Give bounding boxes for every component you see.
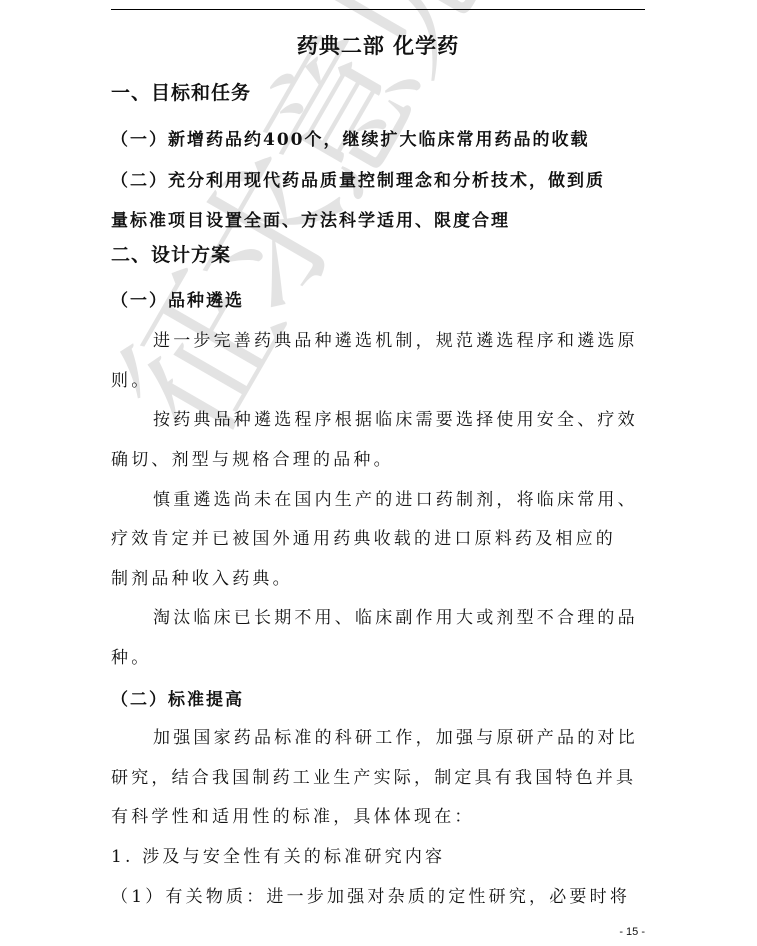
- paragraph-line: 疗效肯定并已被国外通用药典收载的进口原料药及相应的: [111, 524, 645, 549]
- paragraph-line: 有科学性和适用性的标准，具体体现在：: [111, 802, 645, 827]
- watermark: 征求意见稿: [60, 0, 597, 468]
- page-title: 药典二部 化学药: [111, 30, 645, 60]
- paragraph-line: 淘汰临床已长期不用、临床副作用大或剂型不合理的品: [111, 603, 687, 628]
- paragraph-line: 研究，结合我国制药工业生产实际，制定具有我国特色并具: [111, 763, 645, 788]
- subheading-selection: （一）品种遴选: [111, 286, 244, 311]
- goal-item-1: （一）新增药品约400个，继续扩大临床常用药品的收载: [111, 125, 590, 150]
- paragraph-line: 制剂品种收入药典。: [111, 564, 645, 589]
- goal-item-2-line2: 量标准项目设置全面、方法科学适用、限度合理: [111, 206, 510, 231]
- goal-item-2-line1: （二）充分利用现代药品质量控制理念和分析技术，做到质: [111, 166, 605, 191]
- paragraph-line: 加强国家药品标准的科研工作，加强与原研产品的对比: [111, 723, 687, 748]
- subheading-standards: （二）标准提高: [111, 685, 244, 710]
- section-heading-goals: 一、目标和任务: [111, 78, 251, 105]
- page-number: - 15 -: [619, 926, 645, 938]
- paragraph-line: 进一步完善药典品种遴选机制，规范遴选程序和遴选原: [111, 326, 687, 351]
- paragraph-line: 种。: [111, 643, 645, 668]
- paragraph-line: 按药典品种遴选程序根据临床需要选择使用安全、疗效: [111, 405, 687, 430]
- paragraph-line: 则。: [111, 366, 645, 391]
- list-item: （1）有关物质：进一步加强对杂质的定性研究，必要时将: [111, 882, 645, 907]
- paragraph-line: 确切、剂型与规格合理的品种。: [111, 445, 645, 470]
- section-heading-design: 二、设计方案: [111, 240, 231, 267]
- list-item: 1. 涉及与安全性有关的标准研究内容: [111, 842, 645, 867]
- paragraph-line: 慎重遴选尚未在国内生产的进口药制剂，将临床常用、: [111, 485, 687, 510]
- header-rule: [111, 9, 645, 10]
